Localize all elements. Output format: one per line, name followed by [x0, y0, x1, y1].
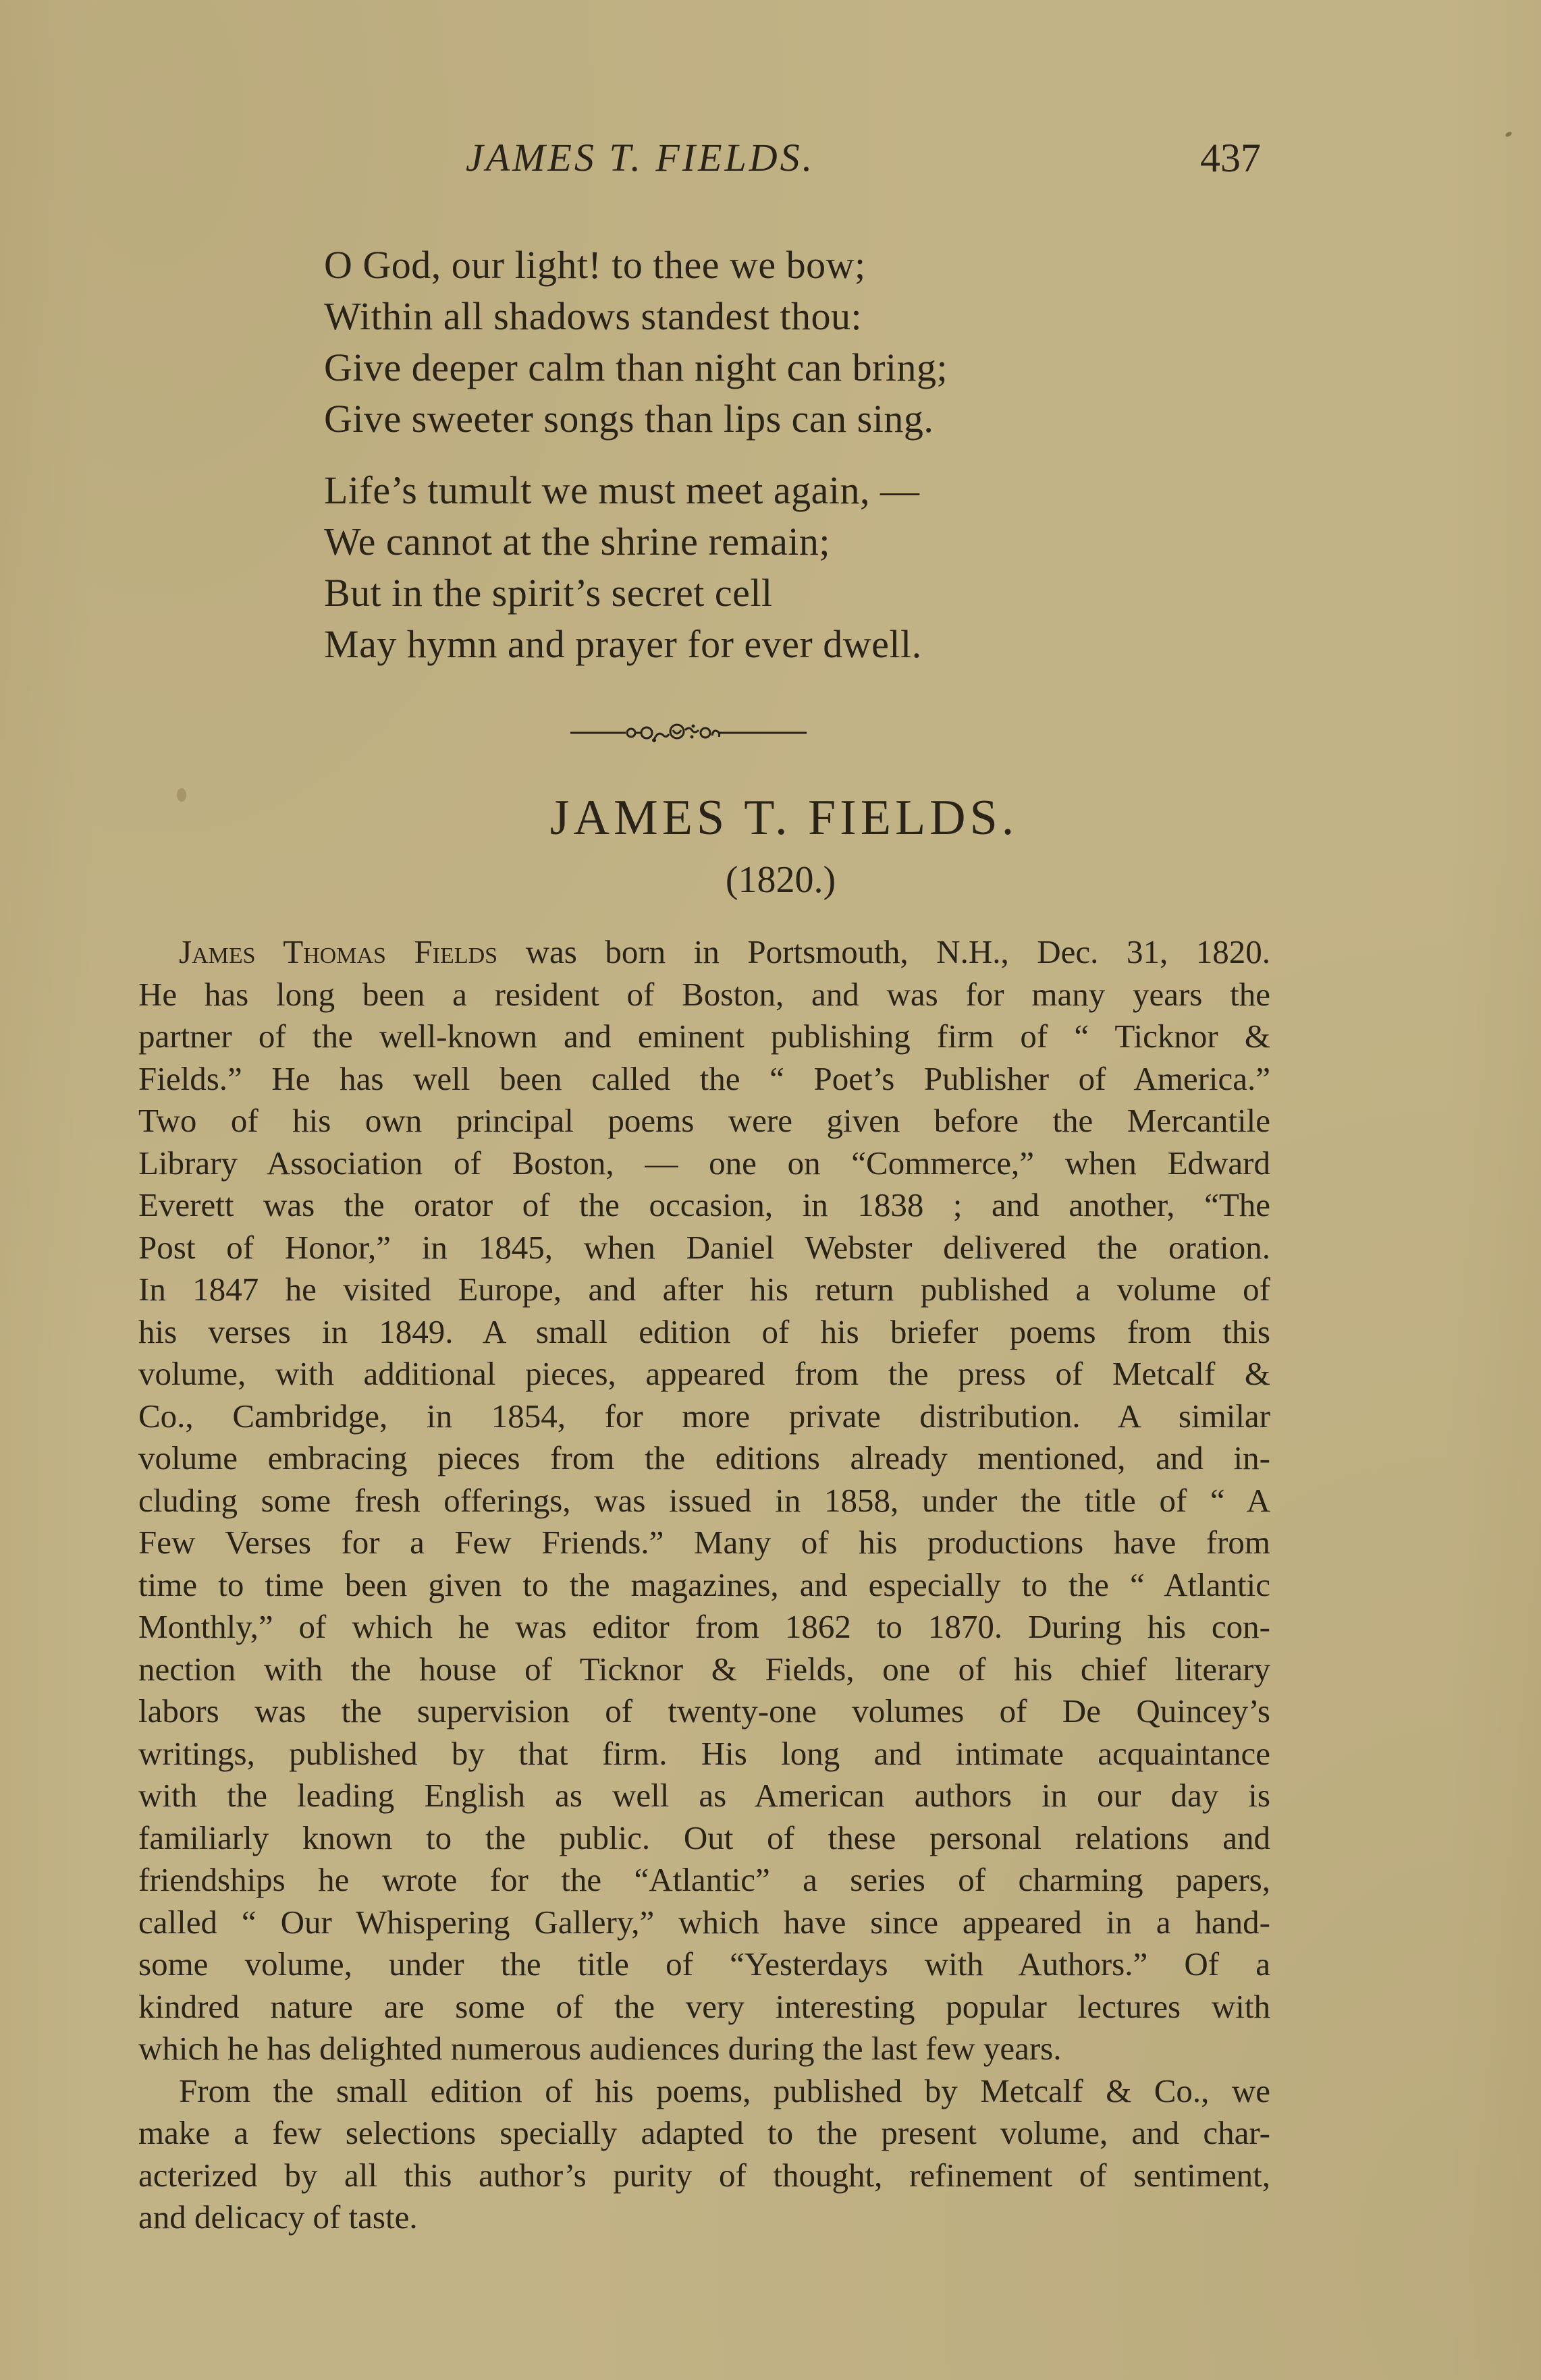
running-header: JAMES T. FIELDS. 437	[0, 135, 1541, 189]
body-line: James Thomas Fields was born in Portsmou…	[138, 931, 1270, 974]
body-line-text: was born in Portsmouth, N.H., Dec. 31, 1…	[497, 933, 1270, 970]
body-line: labors was the supervision of twenty-one…	[138, 1690, 1270, 1733]
paper-speck	[177, 788, 186, 802]
poem-line: But in the spirit’s secret cell	[324, 568, 1269, 619]
poem-line: We cannot at the shrine remain;	[324, 516, 1269, 568]
poem-line: Within all shadows standest thou:	[324, 291, 1269, 342]
poem-line: Life’s tumult we must meet again, —	[324, 465, 1269, 516]
body-line: called “ Our Whispering Gallery,” which …	[138, 1902, 1270, 1944]
lead-name: James Thomas Fields	[179, 933, 497, 970]
body-line: Everett was the orator of the occasion, …	[138, 1184, 1270, 1227]
body-line: and delicacy of taste.	[138, 2196, 1270, 2239]
body-line: From the small edition of his poems, pub…	[138, 2070, 1270, 2113]
body-line: which he has delighted numerous audience…	[138, 2028, 1270, 2070]
body-line: time to time been given to the magazines…	[138, 1564, 1270, 1607]
body-line: his verses in 1849. A small edition of h…	[138, 1311, 1270, 1354]
biography-text: James Thomas Fields was born in Portsmou…	[138, 931, 1270, 2239]
poem-line: Give deeper calm than night can bring;	[324, 342, 1269, 393]
body-line: kindred nature are some of the very inte…	[138, 1986, 1270, 2028]
body-line: make a few selections specially adapted …	[138, 2112, 1270, 2155]
poem-stanza-1: O God, our light! to thee we bow; Within…	[324, 240, 1269, 445]
body-line: Few Verses for a Few Friends.” Many of h…	[138, 1522, 1270, 1564]
body-line: with the leading English as well as Amer…	[138, 1775, 1270, 1817]
body-line: Library Association of Boston, — one on …	[138, 1142, 1270, 1185]
poem-line: May hymn and prayer for ever dwell.	[324, 619, 1269, 670]
body-line: Post of Honor,” in 1845, when Daniel Web…	[138, 1227, 1270, 1269]
body-line: volume embracing pieces from the edition…	[138, 1437, 1270, 1480]
body-line: cluding some fresh offerings, was issued…	[138, 1480, 1270, 1522]
body-line: Two of his own principal poems were give…	[138, 1100, 1270, 1142]
section-title: JAMES T. FIELDS.	[0, 790, 1541, 847]
page-number: 437	[1200, 135, 1261, 182]
body-line: Co., Cambridge, in 1854, for more privat…	[138, 1395, 1270, 1438]
body-line: In 1847 he visited Europe, and after his…	[138, 1269, 1270, 1311]
poem-line: Give sweeter songs than lips can sing.	[324, 393, 1269, 445]
poem: O God, our light! to thee we bow; Within…	[324, 240, 1269, 690]
poem-line: O God, our light! to thee we bow;	[324, 240, 1269, 291]
body-line: nection with the house of Ticknor & Fiel…	[138, 1649, 1270, 1691]
poem-stanza-2: Life’s tumult we must meet again, — We c…	[324, 465, 1269, 670]
body-line: He has long been a resident of Boston, a…	[138, 974, 1270, 1016]
section-year: (1820.)	[0, 858, 1541, 902]
body-line: writings, published by that firm. His lo…	[138, 1733, 1270, 1775]
body-line: familiarly known to the public. Out of t…	[138, 1817, 1270, 1860]
body-line: Fields.” He has well been called the “ P…	[138, 1058, 1270, 1101]
body-line: friendships he wrote for the “Atlantic” …	[138, 1859, 1270, 1902]
body-line: volume, with additional pieces, appeared…	[138, 1353, 1270, 1395]
body-line: acterized by all this author’s purity of…	[138, 2155, 1270, 2197]
body-line: some volume, under the title of “Yesterd…	[138, 1943, 1270, 1986]
body-line: Monthly,” of which he was editor from 18…	[138, 1606, 1270, 1649]
body-line: partner of the well-known and eminent pu…	[138, 1016, 1270, 1058]
book-page: JAMES T. FIELDS. 437 O God, our light! t…	[0, 0, 1541, 2380]
ornament-divider-icon	[570, 719, 807, 746]
running-header-title: JAMES T. FIELDS.	[466, 135, 815, 180]
